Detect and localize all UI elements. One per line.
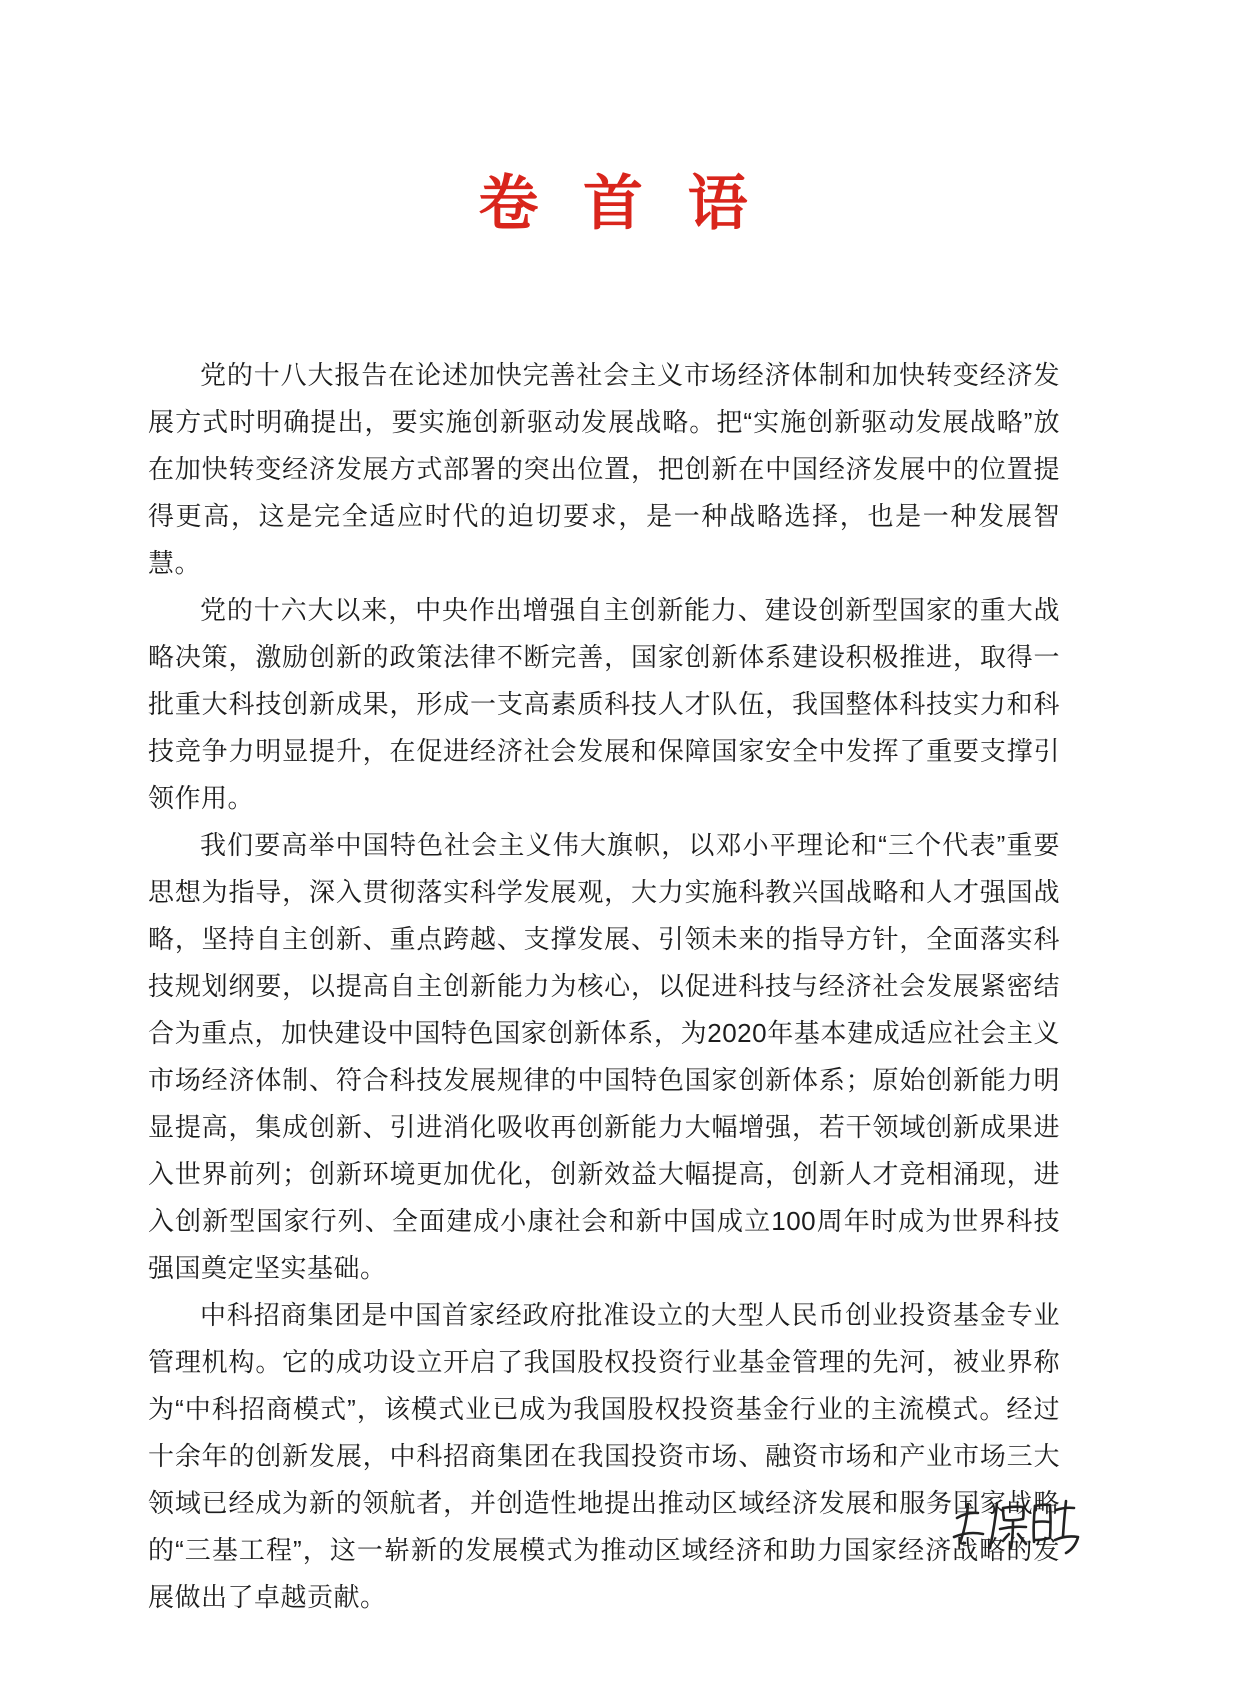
signature-handwriting — [950, 1496, 1086, 1568]
paragraph-4: 中科招商集团是中国首家经政府批准设立的大型人民币创业投资基金专业管理机构。它的成… — [148, 1292, 1060, 1621]
paragraph-1: 党的十八大报告在论述加快完善社会主义市场经济体制和加快转变经济发展方式时明确提出… — [148, 352, 1060, 587]
foreword-page: 卷 首 语 党的十八大报告在论述加快完善社会主义市场经济体制和加快转变经济发展方… — [0, 0, 1240, 1683]
paragraph-2: 党的十六大以来，中央作出增强自主创新能力、建设创新型国家的重大战略决策，激励创新… — [148, 587, 1060, 822]
foreword-body: 党的十八大报告在论述加快完善社会主义市场经济体制和加快转变经济发展方式时明确提出… — [148, 352, 1060, 1621]
paragraph-3: 我们要高举中国特色社会主义伟大旗帜，以邓小平理论和“三个代表”重要思想为指导，深… — [148, 822, 1060, 1292]
page-title: 卷 首 语 — [0, 168, 1240, 240]
